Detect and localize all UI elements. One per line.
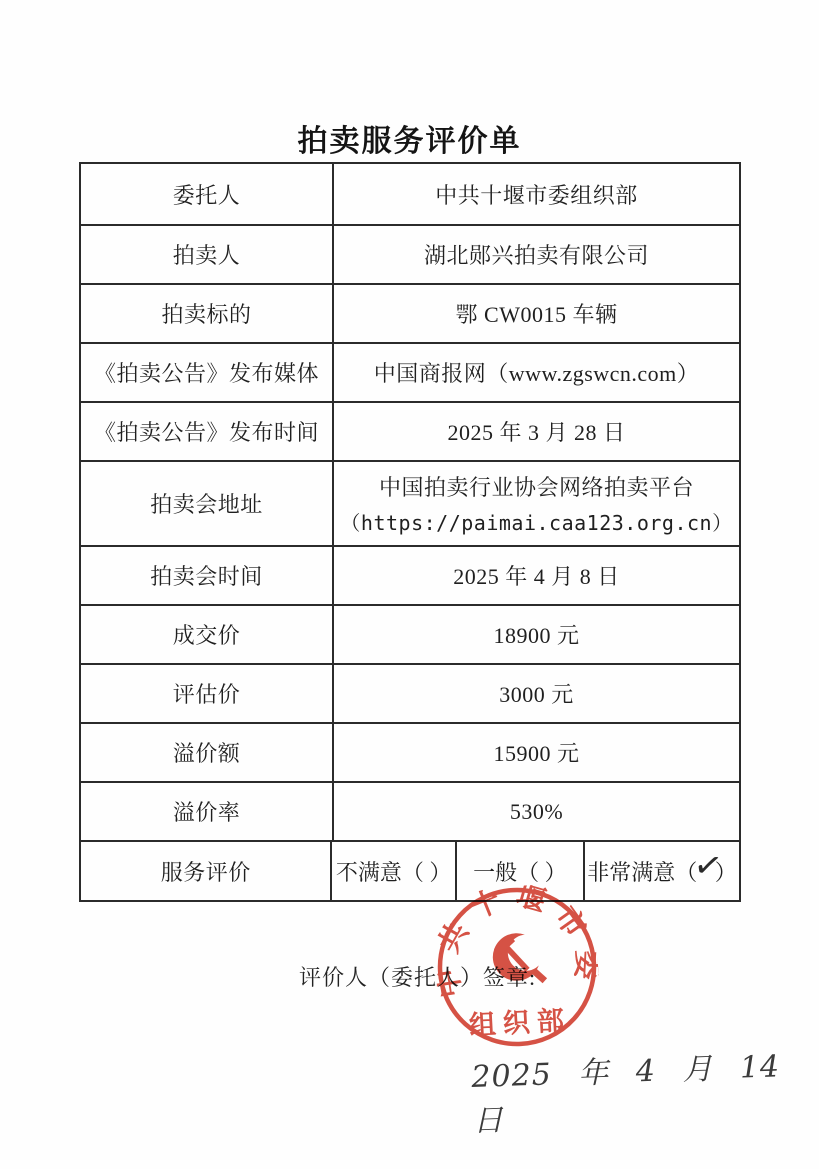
table-row: 评估价 3000 元 <box>81 663 739 722</box>
row-value: 18900 元 <box>334 606 739 663</box>
table-row: 溢价额 15900 元 <box>81 722 739 781</box>
seal-bottom-text: 组织部 <box>468 1005 571 1040</box>
table-row: 《拍卖公告》发布时间 2025 年 3 月 28 日 <box>81 401 739 460</box>
row-label: 成交价 <box>81 606 334 663</box>
row-value: 3000 元 <box>334 665 739 722</box>
page-title: 拍卖服务评价单 <box>0 116 819 160</box>
table-row: 拍卖人 湖北郧兴拍卖有限公司 <box>81 224 739 283</box>
venue-platform-name: 中国拍卖行业协会网络拍卖平台 <box>379 471 694 502</box>
table-row-service-evaluation: 服务评价 不满意（ ） 一般（ ） 非常满意（ ✓ ） <box>81 840 739 900</box>
scanned-document-page: 拍卖服务评价单 委托人 中共十堰市委组织部 拍卖人 湖北郧兴拍卖有限公司 拍卖标… <box>0 0 819 1169</box>
table-row: 《拍卖公告》发布媒体 中国商报网（www.zgswcn.com） <box>81 342 739 401</box>
table-row: 成交价 18900 元 <box>81 604 739 663</box>
row-value: 中共十堰市委组织部 <box>334 164 739 224</box>
row-label: 溢价率 <box>81 783 334 840</box>
row-label: 《拍卖公告》发布媒体 <box>81 344 334 401</box>
row-label: 《拍卖公告》发布时间 <box>81 403 334 460</box>
table-row: 溢价率 530% <box>81 781 739 840</box>
evaluation-form-table: 委托人 中共十堰市委组织部 拍卖人 湖北郧兴拍卖有限公司 拍卖标的 鄂 CW00… <box>79 162 741 902</box>
row-value: 530% <box>334 783 739 840</box>
row-label: 拍卖会地址 <box>81 462 334 545</box>
option-very-satisfied: 非常满意（ ✓ ） <box>583 842 739 900</box>
handwritten-date: 2025 年 4 月 14 日 <box>471 1040 819 1140</box>
row-value: 湖北郧兴拍卖有限公司 <box>334 226 739 283</box>
row-label: 溢价额 <box>81 724 334 781</box>
svg-text:中共十堰市委: 中共十堰市委 <box>432 882 602 1000</box>
row-value: 中国商报网（www.zgswcn.com） <box>334 344 739 401</box>
row-label: 拍卖人 <box>81 226 334 283</box>
row-value: 鄂 CW0015 车辆 <box>334 285 739 342</box>
row-value: 2025 年 4 月 8 日 <box>334 547 739 604</box>
option-very-satisfied-prefix: 非常满意（ <box>587 856 697 887</box>
row-label: 拍卖会时间 <box>81 547 334 604</box>
row-label: 评估价 <box>81 665 334 722</box>
row-value: 15900 元 <box>334 724 739 781</box>
table-row: 拍卖会地址 中国拍卖行业协会网络拍卖平台 （https://paimai.caa… <box>81 460 739 545</box>
row-label: 服务评价 <box>81 842 332 900</box>
row-label: 拍卖标的 <box>81 285 334 342</box>
table-row: 委托人 中共十堰市委组织部 <box>81 164 739 224</box>
official-seal-stamp: 中共十堰市委 组织部 <box>432 882 602 1052</box>
row-value: 中国拍卖行业协会网络拍卖平台 （https://paimai.caa123.or… <box>334 462 739 545</box>
row-value: 2025 年 3 月 28 日 <box>334 403 739 460</box>
venue-platform-url: （https://paimai.caa123.org.cn） <box>340 507 732 536</box>
hammer-sickle-emblem <box>492 932 548 986</box>
seal-arc-text: 中共十堰市委 <box>432 882 602 1000</box>
row-label: 委托人 <box>81 164 334 224</box>
table-row: 拍卖会时间 2025 年 4 月 8 日 <box>81 545 739 604</box>
table-row: 拍卖标的 鄂 CW0015 车辆 <box>81 283 739 342</box>
